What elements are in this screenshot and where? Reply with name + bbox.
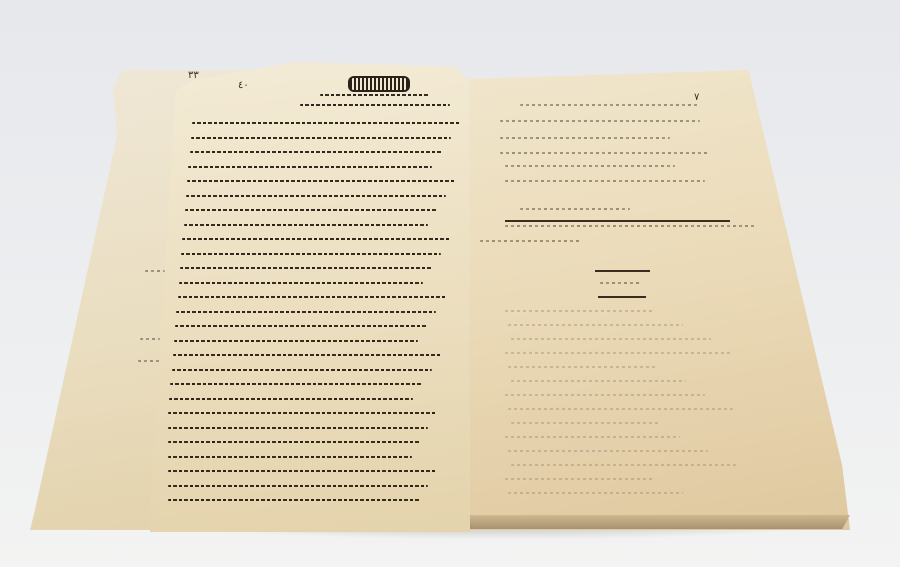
left-page-handwriting-line	[168, 427, 428, 429]
signature-rule	[595, 270, 650, 272]
divider-rule	[505, 220, 730, 222]
right-page	[460, 70, 850, 530]
left-page-number: ٤٠	[238, 80, 249, 91]
right-page-line	[505, 180, 705, 182]
right-page-number: ٧	[694, 92, 699, 103]
bleed-through-line	[505, 310, 655, 312]
left-page-handwriting-line	[179, 282, 423, 284]
right-page-line	[500, 152, 710, 154]
left-page-handwriting-line	[178, 296, 446, 298]
right-page-line	[520, 208, 630, 210]
left-page-handwriting-line	[188, 166, 432, 168]
left-page-handwriting-line	[168, 412, 436, 414]
left-page-handwriting-line	[168, 456, 412, 458]
bleed-through-line	[511, 464, 736, 466]
left-page-handwriting-line	[184, 224, 428, 226]
bleed-through-line	[508, 450, 708, 452]
right-page-line	[520, 104, 700, 106]
bleed-through-line	[508, 492, 683, 494]
right-page-line	[505, 165, 675, 167]
left-page-handwriting-line	[170, 383, 422, 385]
signature	[600, 282, 640, 284]
margin-note	[140, 338, 160, 340]
bleed-through-line	[511, 422, 661, 424]
left-page-handwriting-line	[168, 441, 420, 443]
left-page-handwriting-line	[175, 325, 427, 327]
left-page-handwriting-line	[180, 267, 432, 269]
bleed-through-line	[508, 366, 658, 368]
left-page-handwriting-line	[176, 311, 436, 313]
right-page-line	[505, 225, 755, 227]
bleed-through-line	[508, 324, 683, 326]
right-page-line	[480, 240, 580, 242]
bleed-through-line	[511, 380, 686, 382]
left-page-handwriting-line	[168, 485, 428, 487]
right-page-stack-edge	[460, 515, 850, 529]
bleed-through-line	[511, 338, 711, 340]
left-page-handwriting-line	[190, 151, 442, 153]
left-page-handwriting-line	[172, 369, 432, 371]
right-page-line	[500, 137, 670, 139]
left-page-handwriting-line	[169, 398, 413, 400]
bleed-through-line	[505, 478, 655, 480]
left-page-handwriting-line	[182, 238, 450, 240]
left-page-handwriting-line	[187, 180, 455, 182]
bleed-through-line	[505, 352, 730, 354]
heading-line	[300, 104, 450, 106]
page-heading-title	[348, 76, 410, 92]
left-page-handwriting-line	[185, 209, 437, 211]
margin-note	[138, 360, 160, 362]
left-page-handwriting-line	[181, 253, 441, 255]
left-page-handwriting-line	[192, 122, 460, 124]
photo-scene: ٣٣ ٧ ٤٠	[0, 0, 900, 567]
bleed-through-line	[505, 394, 705, 396]
signature-rule	[598, 296, 646, 298]
left-page-handwriting-line	[173, 354, 441, 356]
left-page-handwriting-line	[168, 499, 420, 501]
bleed-through-line	[505, 436, 680, 438]
left-page-handwriting-line	[168, 470, 436, 472]
bleed-through-line	[508, 408, 733, 410]
back-sheet-page-number: ٣٣	[188, 70, 199, 81]
left-page-handwriting-line	[174, 340, 418, 342]
right-page-line	[500, 120, 700, 122]
left-page-handwriting-line	[191, 137, 451, 139]
left-page-handwriting-line	[186, 195, 446, 197]
heading-line	[320, 94, 430, 96]
